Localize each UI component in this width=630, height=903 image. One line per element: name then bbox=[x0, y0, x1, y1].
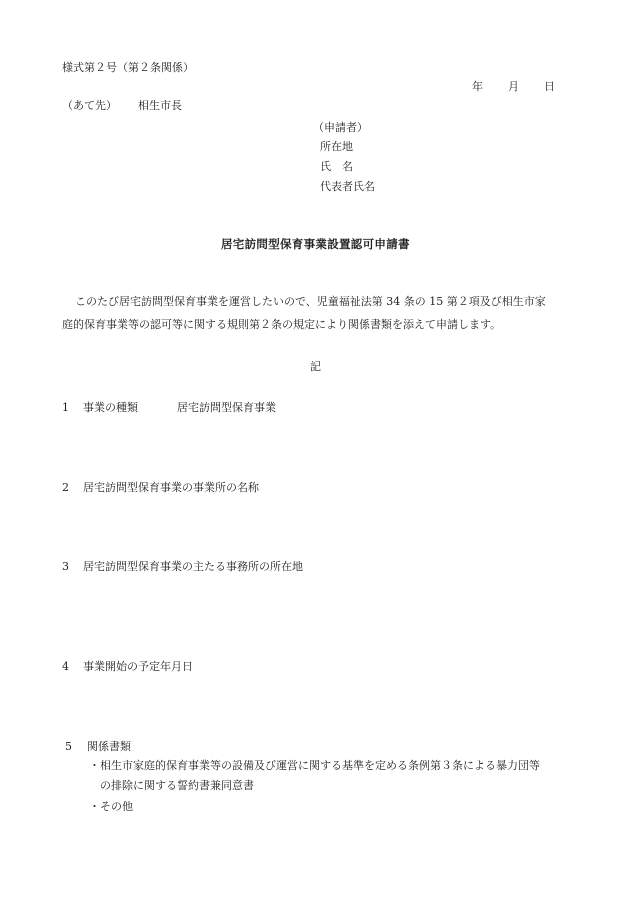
bullet: ・ bbox=[89, 800, 100, 813]
item-1: 1 事業の種類 居宅訪問型保育事業 bbox=[62, 402, 69, 413]
item-label: 居宅訪問型保育事業の主たる事務所の所在地 bbox=[83, 561, 303, 572]
applicant-heading: （申請者） bbox=[313, 122, 368, 133]
applicant-name-label: 氏 名 bbox=[320, 161, 353, 172]
bullet: ・ bbox=[89, 759, 100, 772]
item-2: 2 居宅訪問型保育事業の事業所の名称 bbox=[62, 482, 69, 493]
related-document-2: ・その他 bbox=[89, 801, 133, 812]
item-number: 5 bbox=[65, 740, 72, 753]
document-line-1: 相生市家庭的保育事業等の設備及び運営に関する基準を定める条例第３条による暴力団等 bbox=[100, 759, 540, 772]
item-3: 3 居宅訪問型保育事業の主たる事務所の所在地 bbox=[62, 561, 69, 572]
related-document-1: ・相生市家庭的保育事業等の設備及び運営に関する基準を定める条例第３条による暴力団… bbox=[89, 760, 540, 771]
body-text-line-1: このたび居宅訪問型保育事業を運営したいので、児童福祉法第 34 条の 15 第２… bbox=[75, 296, 546, 307]
document-line-1: その他 bbox=[100, 800, 133, 813]
item-5: 5 関係書類 bbox=[65, 741, 72, 752]
applicant-representative-label: 代表者氏名 bbox=[320, 181, 375, 192]
form-number: 様式第２号（第２条関係） bbox=[62, 62, 194, 73]
date-field: 年 月 日 bbox=[472, 81, 483, 92]
item-label: 事業開始の予定年月日 bbox=[83, 661, 193, 672]
item-label: 居宅訪問型保育事業の事業所の名称 bbox=[83, 482, 259, 493]
document-title: 居宅訪問型保育事業設置認可申請書 bbox=[221, 239, 410, 251]
addressee: 相生市長 bbox=[138, 99, 182, 112]
item-value: 居宅訪問型保育事業 bbox=[177, 402, 276, 413]
related-document-1-continuation: の排除に関する誓約書兼同意書 bbox=[100, 780, 254, 791]
item-number: 2 bbox=[62, 481, 69, 494]
item-number: 4 bbox=[62, 660, 69, 673]
item-number: 3 bbox=[62, 560, 69, 573]
month-label: 月 bbox=[508, 81, 519, 92]
item-label: 事業の種類 bbox=[83, 402, 138, 413]
item-label: 関係書類 bbox=[87, 741, 131, 752]
item-4: 4 事業開始の予定年月日 bbox=[62, 661, 69, 672]
year-label: 年 bbox=[472, 80, 483, 93]
addressee-line: （あて先） 相生市長 bbox=[62, 100, 182, 111]
item-number: 1 bbox=[62, 401, 69, 414]
addressee-label: （あて先） bbox=[62, 99, 117, 112]
body-text-line-2: 庭的保育事業等の認可等に関する規則第２条の規定により関係書類を添えて申請します。 bbox=[62, 319, 501, 330]
day-label: 日 bbox=[544, 81, 555, 92]
ki-heading: 記 bbox=[310, 361, 321, 372]
applicant-address-label: 所在地 bbox=[320, 141, 353, 152]
